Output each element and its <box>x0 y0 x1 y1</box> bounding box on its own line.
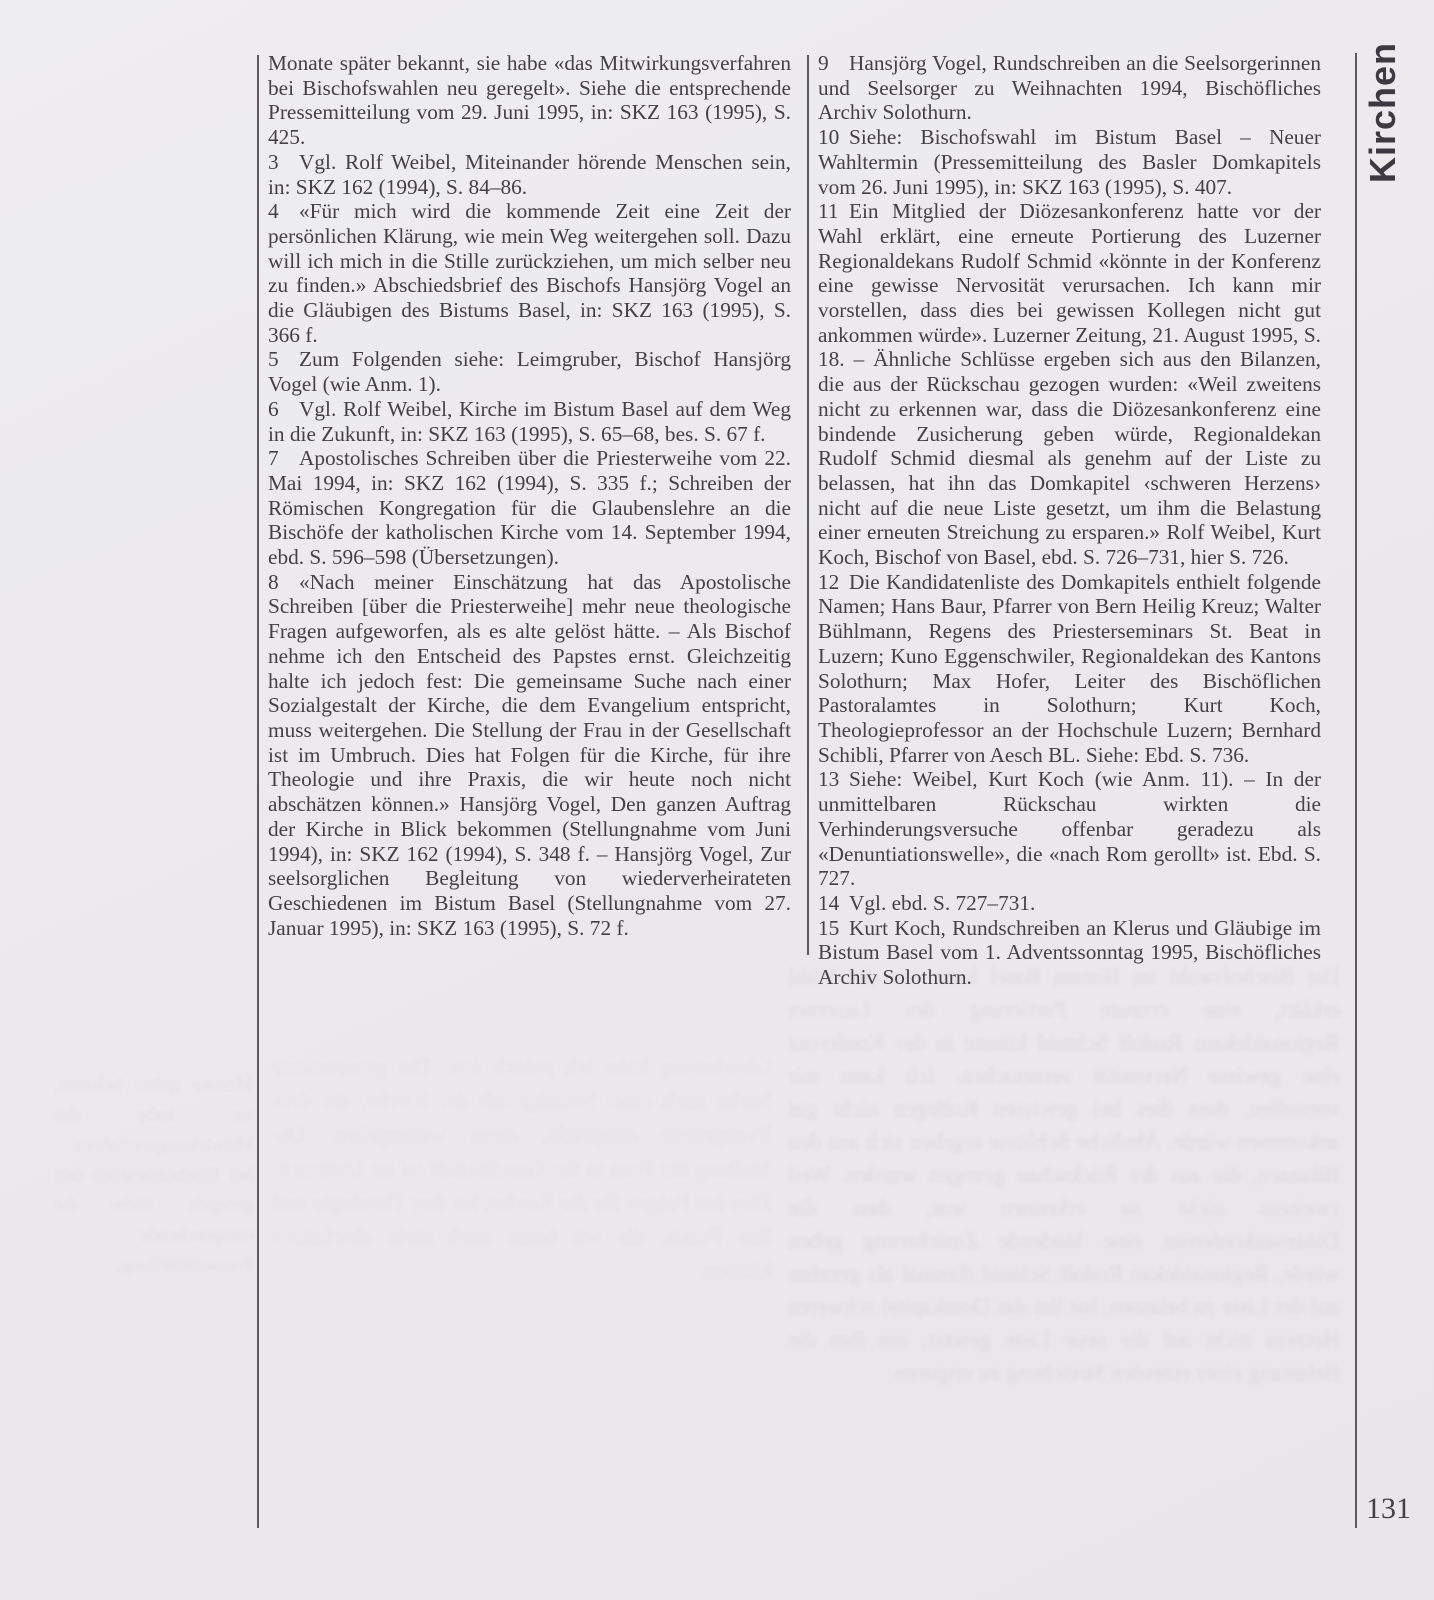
footnote-column-left: Monate später bekannt, sie habe «das Mit… <box>268 51 791 940</box>
footnote-column-right: 9Hansjörg Vogel, Rundschreiben an die Se… <box>818 51 1321 990</box>
footnote-item: 6Vgl. Rolf Weibel, Kirche im Bistum Base… <box>268 397 791 446</box>
footnote-number: 9 <box>818 51 849 76</box>
footnote-text: «Für mich wird die kommende Zeit eine Ze… <box>268 199 791 347</box>
footnote-number: 3 <box>268 150 299 175</box>
footnote-number: 14 <box>818 891 849 916</box>
section-label: Kirchen <box>1362 53 1404 183</box>
left-margin-rule <box>257 55 259 1528</box>
footnote-item: 10Siehe: Bischofswahl im Bistum Basel – … <box>818 125 1321 199</box>
footnote-number: 6 <box>268 397 299 422</box>
footnote-text: Ein Mitglied der Diözesankonferenz hatte… <box>818 199 1321 569</box>
footnote-item: 7Apostolisches Schreiben über die Priest… <box>268 446 791 570</box>
footnote-text: Zum Folgenden siehe: Leimgruber, Bischof… <box>268 347 791 396</box>
footnote-number: 7 <box>268 446 299 471</box>
footnote-item: 8«Nach meiner Einschätzung hat das Apost… <box>268 570 791 941</box>
footnote-number: 13 <box>818 767 849 792</box>
right-margin-rule <box>1355 53 1357 1528</box>
footnote-number: 15 <box>818 916 849 941</box>
footnote-item: 14Vgl. ebd. S. 727–731. <box>818 891 1321 916</box>
footnote-item: 9Hansjörg Vogel, Rundschreiben an die Se… <box>818 51 1321 125</box>
footnote-text: «Nach meiner Einschätzung hat das Aposto… <box>268 570 791 940</box>
footnote-item: 4«Für mich wird die kommende Zeit eine Z… <box>268 199 791 347</box>
column-divider-rule <box>807 55 809 955</box>
footnote-text: Vgl. ebd. S. 727–731. <box>849 891 1035 915</box>
bleedthrough-text-left: Monate später bekannt, sie habe das Mitw… <box>54 1070 254 1470</box>
footnote-item: 13Siehe: Weibel, Kurt Koch (wie Anm. 11)… <box>818 767 1321 891</box>
footnote-number: 12 <box>818 570 849 595</box>
footnote-number: 4 <box>268 199 299 224</box>
bleedthrough-text-right: Die Bischofswahl im Bistum Basel hatte v… <box>788 960 1340 1520</box>
footnote-text: Siehe: Bischofswahl im Bistum Basel – Ne… <box>818 125 1321 198</box>
page-number: 131 <box>1366 1492 1411 1526</box>
footnote-text: Siehe: Weibel, Kurt Koch (wie Anm. 11). … <box>818 767 1321 890</box>
footnote-text: Vgl. Rolf Weibel, Miteinander hörende Me… <box>268 150 791 199</box>
footnote-item: 3Vgl. Rolf Weibel, Miteinander hörende M… <box>268 150 791 199</box>
bleedthrough-text-center: Gleichzeitig halte ich jedoch fest: Die … <box>272 1050 772 1470</box>
footnote-text: Kurt Koch, Rundschreiben an Klerus und G… <box>818 916 1321 989</box>
footnote-item: 11Ein Mitglied der Diözesankonferenz hat… <box>818 199 1321 570</box>
footnote-item: 5Zum Folgenden siehe: Leimgruber, Bischo… <box>268 347 791 396</box>
footnote-item: Monate später bekannt, sie habe «das Mit… <box>268 51 791 150</box>
footnote-text: Die Kandidatenliste des Domkapitels enth… <box>818 570 1321 767</box>
footnote-number: 11 <box>818 199 849 224</box>
scanned-journal-page: Monate später bekannt, sie habe «das Mit… <box>0 0 1434 1600</box>
footnote-item: 15Kurt Koch, Rundschreiben an Klerus und… <box>818 916 1321 990</box>
footnote-number: 10 <box>818 125 849 150</box>
footnote-item: 12Die Kandidatenliste des Domkapitels en… <box>818 570 1321 768</box>
footnote-text: Apostolisches Schreiben über die Prieste… <box>268 446 791 569</box>
footnote-text: Monate später bekannt, sie habe «das Mit… <box>268 51 791 149</box>
footnote-number: 5 <box>268 347 299 372</box>
footnote-text: Hansjörg Vogel, Rundschreiben an die See… <box>818 51 1321 124</box>
footnote-text: Vgl. Rolf Weibel, Kirche im Bistum Basel… <box>268 397 791 446</box>
footnote-number: 8 <box>268 570 299 595</box>
